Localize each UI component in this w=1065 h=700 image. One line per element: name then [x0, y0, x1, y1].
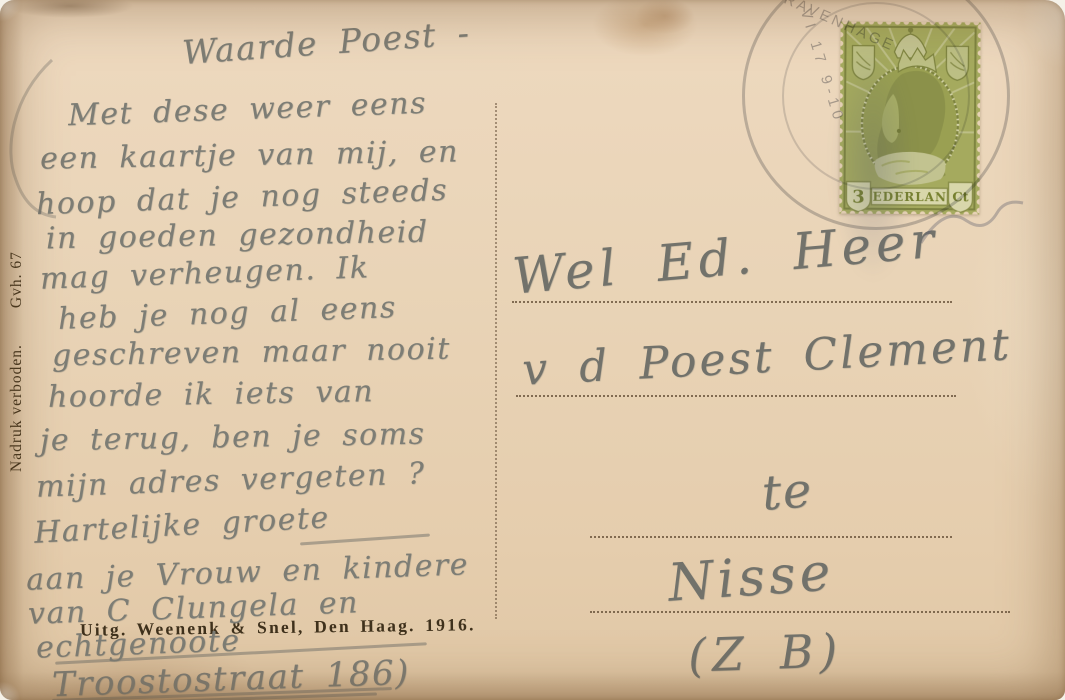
column-divider-line: [495, 103, 497, 619]
address-line-province: (Z B): [687, 627, 844, 678]
copyright-notice: Nadruk verboden.: [8, 344, 25, 472]
address-rule-4: [590, 611, 1010, 613]
address-rule-3: [590, 536, 952, 538]
postcard-paper: Nadruk verboden.Gvh. 67 Uitg. Weenenk & …: [0, 0, 1065, 700]
heading-handwriting: Waarde Poest -: [181, 16, 471, 69]
series-code: Gvh. 67: [8, 251, 25, 308]
message-line: mijn adres vergeten ?: [36, 459, 426, 503]
address-line-name: v d Poest Clement: [521, 323, 1013, 393]
address-line-recipient: Wel Ed. Heer: [511, 214, 942, 301]
shield-icon: [852, 46, 874, 80]
message-line: Troostostraat 186): [52, 656, 411, 700]
message-line: heb je nog al eens: [58, 293, 398, 335]
stamp-denomination: 3: [852, 187, 865, 208]
stamp-currency: Ct: [952, 190, 968, 205]
postcard-scan: Nadruk verboden.Gvh. 67 Uitg. Weenenk & …: [0, 0, 1065, 700]
message-line: hoorde ik iets van: [48, 377, 375, 413]
message-line: geschreven maar nooit: [52, 335, 451, 372]
address-line-te: te: [760, 466, 814, 517]
address-line-town: Nisse: [666, 546, 836, 609]
address-rule-1: [512, 301, 952, 303]
message-line: echtgenoote: [36, 626, 242, 663]
message-line: je terug, ben je soms: [40, 420, 426, 457]
message-line: mag verheugen. Ik: [40, 253, 370, 294]
message-line: hoop dat je nog steeds: [36, 176, 449, 220]
left-edge-imprint: Nadruk verboden.Gvh. 67: [8, 152, 32, 472]
postage-stamp: NEDERLAND 3 Ct: [839, 22, 980, 215]
stamp-country-label: NEDERLAND: [861, 190, 959, 205]
message-line: Met dese weer eens: [68, 89, 428, 132]
message-line: een kaartje van mij, en: [40, 137, 459, 174]
address-rule-2: [516, 395, 956, 397]
message-line: in goeden gezondheid: [46, 218, 429, 255]
message-line: Hartelijke groete: [33, 503, 330, 548]
shield-icon: [946, 46, 968, 80]
